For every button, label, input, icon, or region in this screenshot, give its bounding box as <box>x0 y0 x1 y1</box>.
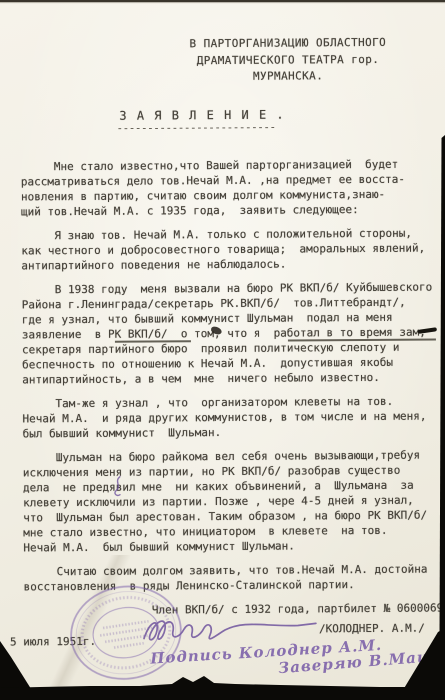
typed-line: антипартийного поведения не наблюдалось. <box>21 255 441 273</box>
paragraph: Там-же я узнал , что организатором клеве… <box>22 393 442 441</box>
paragraph: Я знаю тов. Нечай М.А. только с положите… <box>21 225 441 273</box>
typed-line: новления в партию, считаю своим долгом к… <box>21 186 441 204</box>
typed-line: антипартийность, а в чем мне ничего небы… <box>22 369 442 387</box>
paragraph: Шульман на бюро райкома вел себя очень в… <box>23 447 444 555</box>
scanned-document-photo: В ПАРТОРГАНИЗАЦИЮ ОБЛАСТНОГО ДРАМАТИЧЕСК… <box>0 0 445 700</box>
paragraphs: Мне стало известно,что Вашей парторганиз… <box>21 156 444 603</box>
typed-line: Считаю своим долгом заявить, что тов.Неч… <box>23 561 443 579</box>
recipient-line: В ПАРТОРГАНИЗАЦИЮ ОБЛАСТНОГО <box>181 35 395 53</box>
round-stamp <box>64 580 189 685</box>
document-content: В ПАРТОРГАНИЗАЦИЮ ОБЛАСТНОГО ДРАМАТИЧЕСК… <box>0 0 445 700</box>
typed-line: мне стало известно, что инициатором в кл… <box>23 522 443 540</box>
recipient-line: МУРМАНСКА. <box>181 68 395 86</box>
handwritten-insert-mark <box>111 476 125 498</box>
typed-line: был бывший коммунист Шульман. <box>23 423 443 441</box>
typed-signature-name: /КОЛОДНЕР. А.М./ <box>319 621 425 637</box>
paragraph: В 1938 году меня вызвали на бюро РК ВКП/… <box>22 279 443 387</box>
recipient-address: В ПАРТОРГАНИЗАЦИЮ ОБЛАСТНОГО ДРАМАТИЧЕСК… <box>181 35 395 86</box>
title-underline: -------------------------- <box>116 121 275 135</box>
paragraph: Мне стало известно,что Вашей парторганиз… <box>21 156 441 219</box>
paper-sheet: В ПАРТОРГАНИЗАЦИЮ ОБЛАСТНОГО ДРАМАТИЧЕСК… <box>0 0 445 700</box>
recipient-line: ДРАМАТИЧЕСКОГО ТЕАТРА гор. <box>181 51 395 69</box>
typed-line: Нечай М.А. и ряда других коммунистов, в … <box>22 408 442 426</box>
typed-line: щий тов.Нечай М.А. с 1935 года, заявить … <box>21 201 441 219</box>
typed-line: как честного и добросовестного товарища;… <box>21 240 441 258</box>
typed-line: Нечай М.А. был бывший коммунист Шульман. <box>23 537 443 555</box>
